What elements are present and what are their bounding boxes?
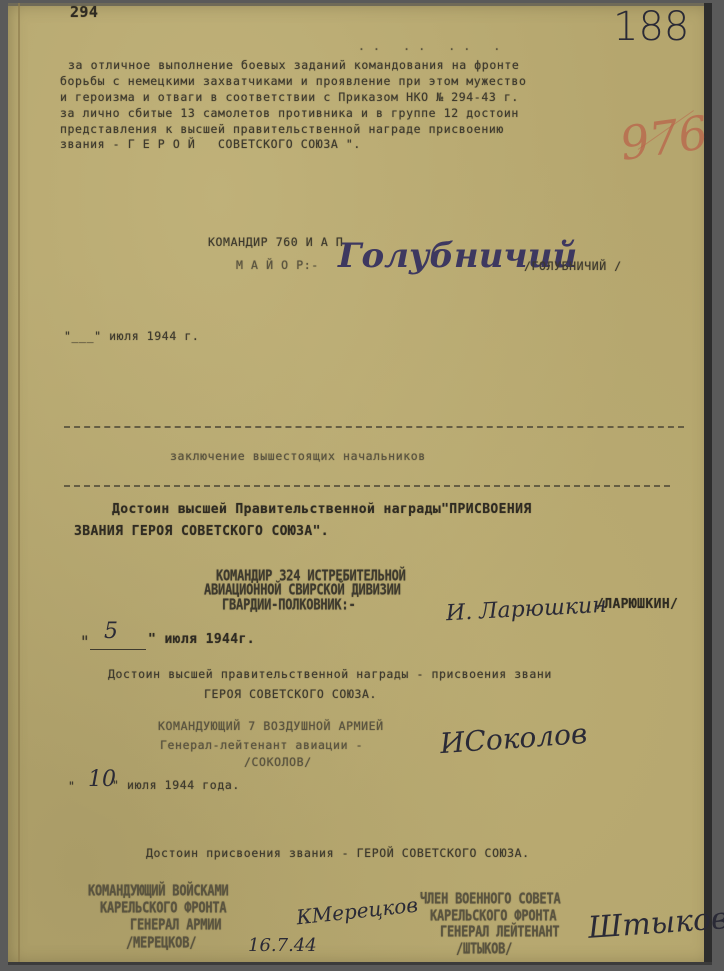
division-commander-rank: ГВАРДИИ-ПОЛКОВНИК:- bbox=[222, 597, 355, 612]
front-commander-rank: ГЕНЕРАЛ АРМИИ bbox=[130, 917, 221, 932]
signature-meretskov: КМерецков bbox=[295, 895, 418, 928]
citation-line: звания - Г Е Р О Й СОВЕТСКОГО СОЮЗА ". bbox=[60, 139, 361, 151]
handwritten-date: 16.7.44 bbox=[248, 937, 317, 955]
date-quote-open: " bbox=[68, 781, 76, 793]
army-conclusion-text: ГЕРОЯ СОВЕТСКОГО СОЮЗА. bbox=[204, 689, 377, 701]
date-1: "___" июля 1944 г. bbox=[64, 331, 199, 343]
citation-line: за отличное выполнение боевых заданий ко… bbox=[68, 60, 519, 72]
regiment-commander-name: /ГОЛУБНИЧИЙ / bbox=[524, 261, 622, 273]
council-member-rank: ГЕНЕРАЛ ЛЕЙТЕНАНТ bbox=[440, 924, 559, 939]
council-member-title: КАРЕЛЬСКОГО ФРОНТА bbox=[430, 908, 556, 923]
date-day-handwritten: 5 bbox=[104, 621, 118, 643]
army-date: " июля 1944 года. bbox=[112, 780, 240, 792]
division-conclusion-text: Достоин высшей Правительственной награды… bbox=[112, 503, 532, 516]
front-commander-title: КАРЕЛЬСКОГО ФРОНТА bbox=[100, 900, 226, 915]
citation-line: и героизма и отваги в соответствии с При… bbox=[60, 92, 519, 104]
division-date: " июля 1944г. bbox=[148, 633, 255, 646]
heading-dots: . . . . . . . bbox=[358, 41, 501, 53]
page-edge-top bbox=[8, 3, 712, 6]
front-commander-name: /МЕРЕЦКОВ/ bbox=[126, 935, 196, 950]
section-heading: заключение вышестоящих начальников bbox=[170, 451, 426, 463]
division-commander-name: /ЛАРЮШКИН/ bbox=[596, 598, 678, 611]
scanned-document-page: 294 188 976 . . . . . . . за отличное вы… bbox=[8, 3, 712, 965]
division-commander-title: АВИАЦИОННОЙ СВИРСКОЙ ДИВИЗИИ bbox=[204, 582, 401, 597]
army-commander-rank: Генерал-лейтенант авиации - bbox=[160, 740, 363, 752]
rank-prefix: М А Й О Р:- bbox=[236, 260, 319, 272]
regiment-commander-title: КОМАНДИР 760 И А П bbox=[208, 237, 343, 249]
citation-line: борьбы с немецкими захватчиками и проявл… bbox=[60, 76, 526, 88]
division-conclusion-text: ЗВАНИЯ ГЕРОЯ СОВЕТСКОГО СОЮЗА". bbox=[74, 525, 329, 538]
citation-line: за лично сбитые 13 самолетов противника … bbox=[60, 108, 519, 120]
army-commander-title: КОМАНДУЮЩИЙ 7 ВОЗДУШНОЙ АРМИЕЙ bbox=[158, 721, 384, 733]
dashed-separator bbox=[64, 485, 670, 487]
dashed-separator bbox=[64, 426, 684, 428]
page-edge-bottom bbox=[8, 962, 712, 965]
council-member-title: ЧЛЕН ВОЕННОГО СОВЕТА bbox=[420, 891, 561, 906]
date-quote-open: " bbox=[80, 634, 90, 650]
sheet-number: 188 bbox=[613, 7, 689, 47]
red-pencil-mark: 976 bbox=[617, 109, 710, 167]
front-commander-title: КОМАНДУЮЩИЙ ВОЙСКАМИ bbox=[88, 883, 229, 898]
citation-line: представления к высшей правительственной… bbox=[60, 124, 504, 136]
signature-laryushkin: И. Ларюшкин bbox=[446, 595, 608, 625]
front-conclusion-text: Достоин присвоения звания - ГЕРОЙ СОВЕТС… bbox=[146, 848, 530, 860]
date-underline bbox=[90, 649, 146, 650]
army-commander-name: /СОКОЛОВ/ bbox=[244, 757, 312, 769]
archive-number: 294 bbox=[70, 5, 98, 20]
army-conclusion-text: Достоин высшей правительственной награды… bbox=[108, 669, 552, 681]
council-member-name: /ШТЫКОВ/ bbox=[456, 941, 512, 956]
signature-sokolov: ИСоколов bbox=[439, 720, 588, 758]
page-edge-left bbox=[18, 3, 20, 963]
